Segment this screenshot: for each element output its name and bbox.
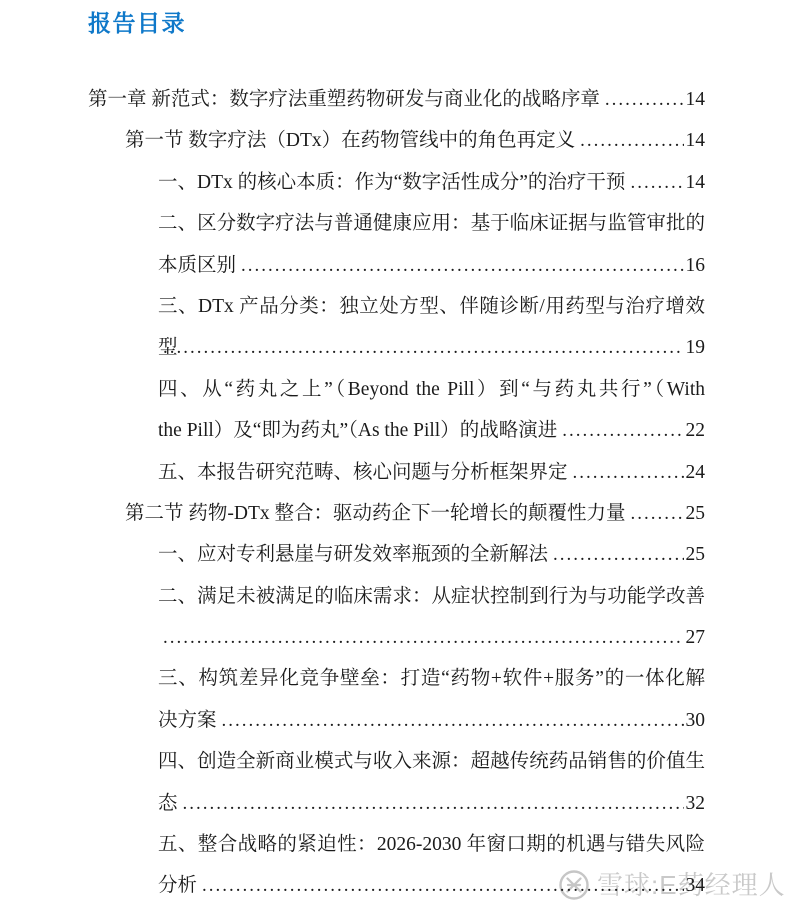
dot-leader [580,120,683,161]
page-number: 25 [686,493,706,534]
toc-entry-text: the Pill）及“即为药丸”（As the Pill）的战略演进 [158,410,557,451]
page-number: 27 [686,617,706,658]
page-number: 25 [686,534,706,575]
toc-entry-text: 第一章 新范式：数字疗法重塑药物研发与商业化的战略序章 [88,79,600,120]
toc-entry[interactable]: 四、从“药丸之上”（Beyond the Pill）到“与药丸共行”（With [88,369,705,410]
dot-leader [573,452,684,493]
toc-entry-text: 本质区别 [158,245,236,286]
toc-entry[interactable]: 19 [88,327,705,368]
page-number: 16 [686,245,706,286]
toc-entry[interactable]: 第二节 药物-DTx 整合：驱动药企下一轮增长的颠覆性力量 25 [88,493,705,534]
toc-entry-text: 五、本报告研究范畴、核心问题与分析框架界定 [158,452,568,493]
dot-leader [163,617,684,658]
dot-leader [183,783,684,824]
toc-entry[interactable]: 第一章 新范式：数字疗法重塑药物研发与商业化的战略序章 14 [88,79,705,120]
page-number: 32 [686,783,706,824]
toc-entry[interactable]: 三、构筑差异化竞争壁垒：打造“药物+软件+服务”的一体化解 [88,658,705,699]
dot-leader [631,493,684,534]
toc-entry[interactable]: 二、满足未被满足的临床需求：从症状控制到行为与功能学改善 [88,576,705,617]
toc-entry-text: 一、DTx 的核心本质：作为“数字活性成分”的治疗干预 [158,162,625,203]
toc-entry-text: 第一节 数字疗法（DTx）在药物管线中的角色再定义 [125,120,575,161]
toc-entry-text: 态 [158,783,178,824]
page-number: 14 [686,79,706,120]
dot-leader [163,327,684,368]
toc-entry[interactable]: 二、区分数字疗法与普通健康应用：基于临床证据与监管审批的 [88,203,705,244]
toc-entry-text: 分析 [158,865,197,906]
page-number: 14 [686,120,706,161]
toc-entry[interactable]: the Pill）及“即为药丸”（As the Pill）的战略演进 22 [88,410,705,451]
toc-entry[interactable]: 分析 34 [88,865,705,906]
toc-entry[interactable]: 27 [88,617,705,658]
dot-leader [241,245,683,286]
dot-leader [605,79,684,120]
dot-leader [562,410,683,451]
toc-entry-text: 一、应对专利悬崖与研发效率瓶颈的全新解法 [158,534,548,575]
toc-entry[interactable]: 五、本报告研究范畴、核心问题与分析框架界定 24 [88,452,705,493]
table-of-contents: 第一章 新范式：数字疗法重塑药物研发与商业化的战略序章 14 第一节 数字疗法（… [88,79,705,907]
page-number: 14 [686,162,706,203]
toc-entry[interactable]: 第一节 数字疗法（DTx）在药物管线中的角色再定义 14 [88,120,705,161]
toc-entry-text: 第二节 药物-DTx 整合：驱动药企下一轮增长的颠覆性力量 [125,493,626,534]
toc-entry[interactable]: 五、整合战略的紧迫性：2026-2030 年窗口期的机遇与错失风险 [88,824,705,865]
toc-entry[interactable]: 四、创造全新商业模式与收入来源：超越传统药品销售的价值生 [88,741,705,782]
toc-entry[interactable]: 本质区别 16 [88,245,705,286]
toc-entry[interactable]: 决方案 30 [88,700,705,741]
page-number: 19 [686,327,706,368]
dot-leader [630,162,683,203]
toc-entry[interactable]: 态 32 [88,783,705,824]
dot-leader [202,865,683,906]
page-number: 24 [686,452,706,493]
toc-entry-text: 决方案 [158,700,217,741]
toc-entry[interactable]: 一、DTx 的核心本质：作为“数字活性成分”的治疗干预 14 [88,162,705,203]
page-number: 30 [686,700,706,741]
toc-entry[interactable]: 一、应对专利悬崖与研发效率瓶颈的全新解法 25 [88,534,705,575]
page-number: 34 [686,865,706,906]
page-number: 22 [686,410,706,451]
dot-leader [222,700,684,741]
dot-leader [553,534,683,575]
toc-entry[interactable]: 三、DTx 产品分类：独立处方型、伴随诊断/用药型与治疗增效型 [88,286,705,327]
page-title: 报告目录 [88,5,186,38]
